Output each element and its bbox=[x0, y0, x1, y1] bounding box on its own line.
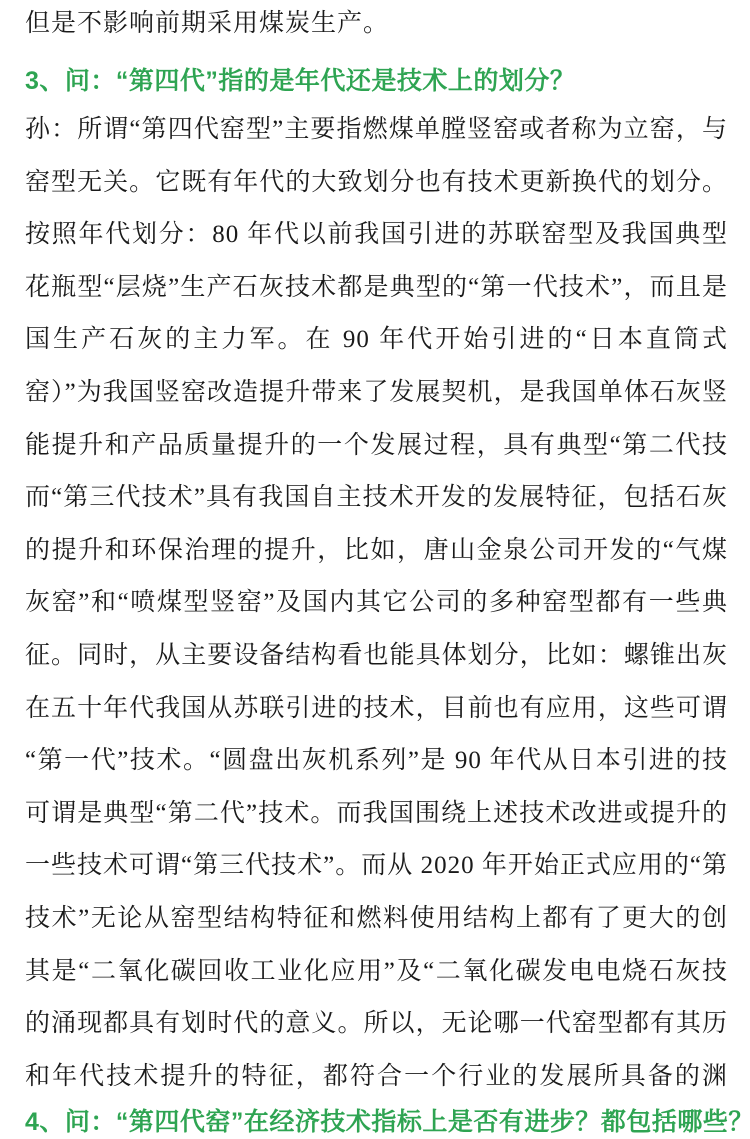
document-page: 但是不影响前期采用煤炭生产。 3、问：“第四代”指的是年代还是技术上的划分？ 孙… bbox=[0, 0, 750, 1139]
answer-line: 灰窑”和“喷煤型竖窑”及国内其它公司的多种窑型都有一些典型特 bbox=[25, 577, 728, 630]
answer-line: 和年代技术提升的特征，都符合一个行业的发展所具备的渊源。 bbox=[25, 1051, 728, 1104]
answer-line: 孙：所谓“第四代窑型”主要指燃煤单膛竖窑或者称为立窑，与其它 bbox=[25, 104, 728, 157]
intro-paragraph-line: 但是不影响前期采用煤炭生产。 bbox=[25, 6, 728, 42]
answer-line: 其是“二氧化碳回收工业化应用”及“二氧化碳发电电烧石灰技术” bbox=[25, 946, 728, 999]
answer-line: 技术”无论从窑型结构特征和燃料使用结构上都有了更大的创新，尤 bbox=[25, 893, 728, 946]
answer-line: 窑）”为我国竖窑改造提升带来了发展契机，是我国单体石灰竖窑产 bbox=[25, 367, 728, 420]
answer-line: 按照年代划分：80 年代以前我国引进的苏联窑型及我国典型的国产 bbox=[25, 209, 728, 262]
question-4-heading: 4、问：“第四代窑”在经济技术指标上是否有进步？都包括哪些？ bbox=[25, 1105, 728, 1139]
answer-line: 的涌现都具有划时代的意义。所以，无论哪一代窑型都有其历史特征 bbox=[25, 998, 728, 1051]
question-3-answer: 孙：所谓“第四代窑型”主要指燃煤单膛竖窑或者称为立窑，与其它窑型无关。它既有年代… bbox=[25, 104, 728, 1103]
answer-line: 在五十年代我国从苏联引进的技术，目前也有应用，这些可谓是典型 bbox=[25, 683, 728, 736]
question-3-heading: 3、问：“第四代”指的是年代还是技术上的划分？ bbox=[25, 64, 728, 98]
answer-line: 一些技术可谓“第三代技术”。而从 2020 年开始正式应用的“第四代 bbox=[25, 840, 728, 893]
answer-line: 的提升和环保治理的提升，比如，唐山金泉公司开发的“气煤两用石 bbox=[25, 525, 728, 578]
answer-line: “第一代”技术。“圆盘出灰机系列”是 90 年代从日本引进的技术， bbox=[25, 735, 728, 788]
answer-line: 征。同时，从主要设备结构看也能具体划分，比如：螺锥出灰机就是 bbox=[25, 630, 728, 683]
answer-line: 可谓是典型“第二代”技术。而我国围绕上述技术改进或提升的其它 bbox=[25, 788, 728, 841]
answer-line: 能提升和产品质量提升的一个发展过程，具有典型“第二代技术特征”， bbox=[25, 420, 728, 473]
answer-line: 窑型无关。它既有年代的大致划分也有技术更新换代的划分。比如， bbox=[25, 157, 728, 210]
answer-line: 而“第三代技术”具有我国自主技术开发的发展特征，包括石灰产品 bbox=[25, 472, 728, 525]
answer-line: 花瓶型“层烧”生产石灰技术都是典型的“第一代技术”，而且是我 bbox=[25, 262, 728, 315]
answer-line: 国生产石灰的主力军。在 90 年代开始引进的“日本直筒式（焦炭竖 bbox=[25, 314, 728, 367]
